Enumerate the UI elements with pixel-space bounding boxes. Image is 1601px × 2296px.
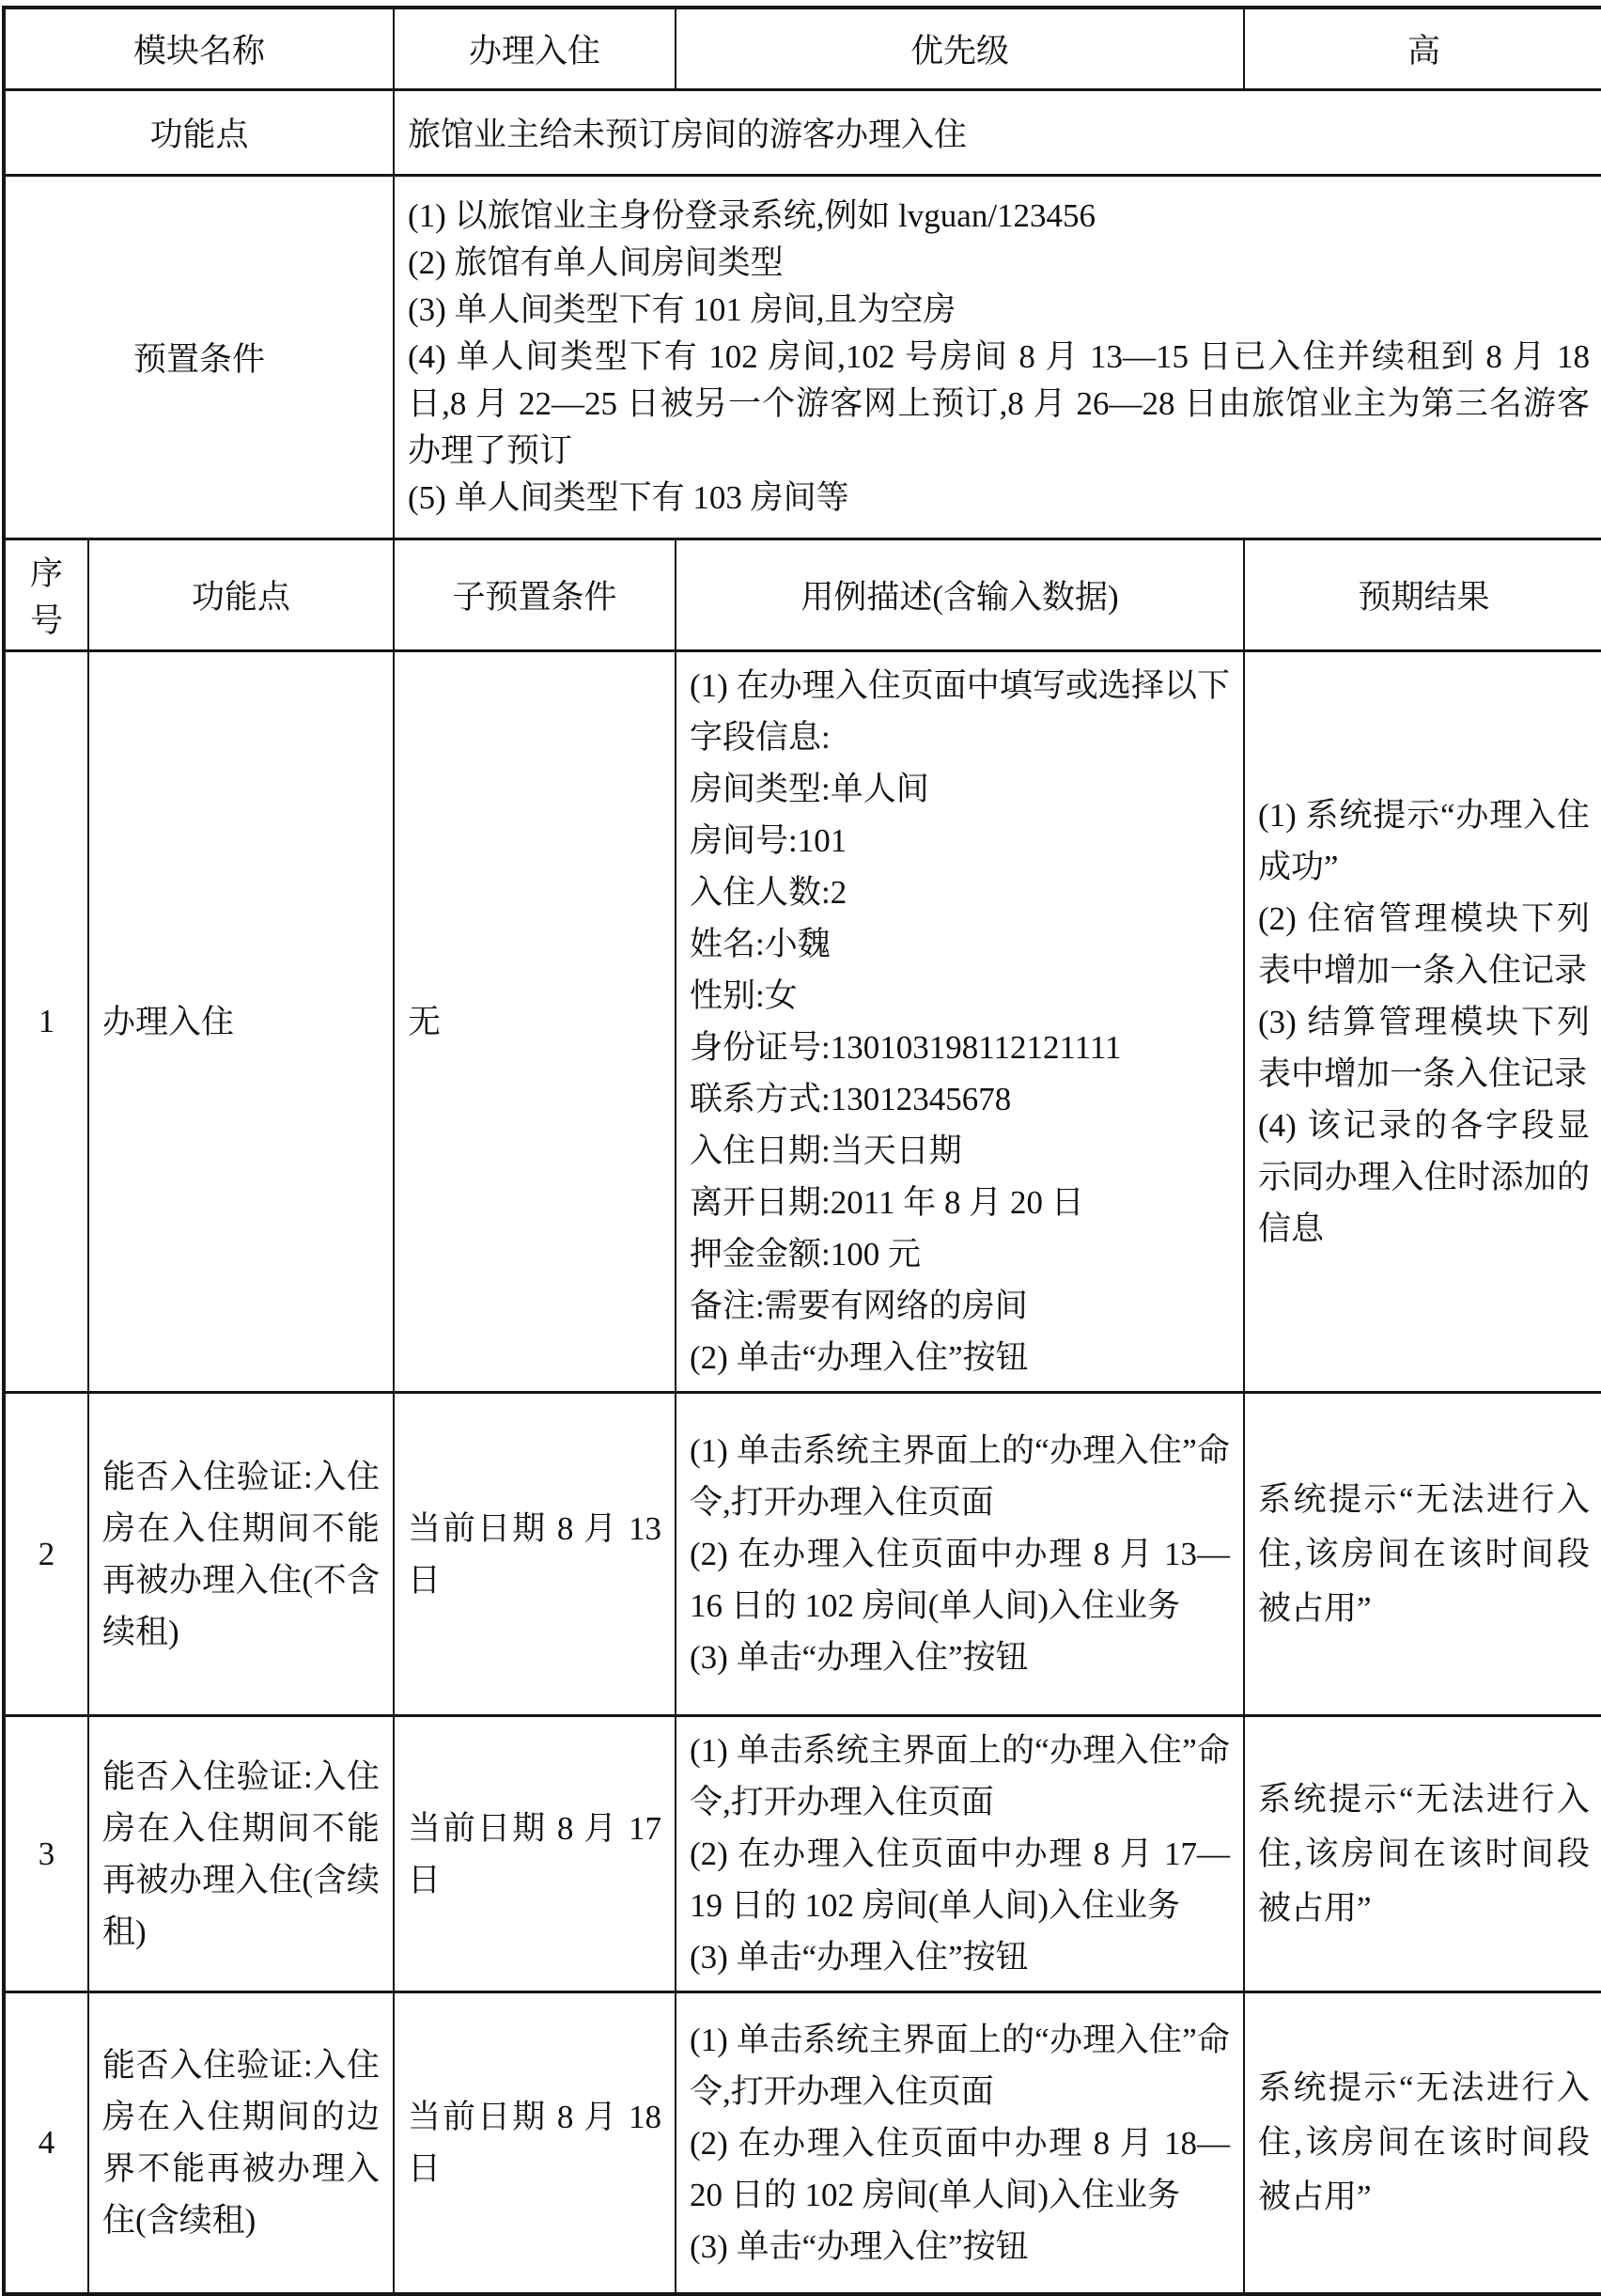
case-feature: 办理入住: [88, 651, 394, 1393]
text-line: (4) 该记录的各字段显示同办理入住时添加的信息: [1258, 1100, 1590, 1255]
text-line: (1) 系统提示“办理入住成功”: [1258, 789, 1590, 893]
text-line: (2) 单击“办理入住”按钮: [690, 1332, 1230, 1383]
text-line: (4) 单人间类型下有 102 房间,102 号房间 8 月 13—15 日已入…: [408, 334, 1590, 475]
text-line: (5) 单人间类型下有 103 房间等: [408, 475, 1590, 522]
text-line: (1) 单击系统主界面上的“办理入住”命令,打开办理入住页面: [690, 1725, 1230, 1828]
case-feature: 能否入住验证:入住房在入住期间的边界不能再被办理入住(含续租): [88, 1992, 394, 2295]
header-sub-precondition-cell: 子预置条件: [394, 539, 676, 651]
text-line: (3) 单击“办理入住”按钮: [690, 2221, 1230, 2273]
case-sub-precondition: 无: [394, 651, 676, 1393]
text-line: 离开日期:2011 年 8 月 20 日: [690, 1177, 1230, 1228]
text-line: 联系方式:13012345678: [690, 1073, 1230, 1125]
case-no: 2: [4, 1393, 88, 1716]
text-line: (1) 单击系统主界面上的“办理入住”命令,打开办理入住页面: [690, 2014, 1230, 2117]
case-description: (1) 单击系统主界面上的“办理入住”命令,打开办理入住页面(2) 在办理入住页…: [676, 1716, 1244, 1992]
text-line: 备注:需要有网络的房间: [690, 1280, 1230, 1332]
case-sub-precondition: 当前日期 8 月 17 日: [394, 1716, 676, 1992]
module-row: 模块名称 办理入住 优先级 高: [4, 8, 1601, 90]
header-description-cell: 用例描述(含输入数据): [676, 539, 1244, 651]
case-sub-precondition: 当前日期 8 月 18 日: [394, 1992, 676, 2295]
text-line: 身份证号:130103198112121111: [690, 1022, 1230, 1073]
table-row-case-1: 1 办理入住 无 (1) 在办理入住页面中填写或选择以下字段信息:房间类型:单人…: [4, 651, 1601, 1393]
header-no-cell: 序号: [4, 539, 88, 651]
case-feature: 能否入住验证:入住房在入住期间不能再被办理入住(含续租): [88, 1716, 394, 1992]
text-line: (3) 单击“办理入住”按钮: [690, 1931, 1230, 1983]
precondition-row: 预置条件 (1) 以旅馆业主身份登录系统,例如 lvguan/123456(2)…: [4, 176, 1601, 539]
priority-value-cell: 高: [1244, 8, 1601, 90]
precondition-value-cell: (1) 以旅馆业主身份登录系统,例如 lvguan/123456(2) 旅馆有单…: [394, 176, 1601, 539]
precondition-label-cell: 预置条件: [4, 176, 394, 539]
case-table-header-row: 序号 功能点 子预置条件 用例描述(含输入数据) 预期结果: [4, 539, 1601, 651]
feature-row: 功能点 旅馆业主给未预订房间的游客办理入住: [4, 90, 1601, 176]
text-line: 性别:女: [690, 970, 1230, 1022]
header-expected-cell: 预期结果: [1244, 539, 1601, 651]
test-case-table: 模块名称 办理入住 优先级 高 功能点 旅馆业主给未预订房间的游客办理入住 预置…: [2, 6, 1601, 2296]
case-no: 3: [4, 1716, 88, 1992]
text-line: (1) 单击系统主界面上的“办理入住”命令,打开办理入住页面: [690, 1425, 1230, 1528]
case-no: 1: [4, 651, 88, 1393]
text-line: 入住日期:当天日期: [690, 1125, 1230, 1177]
case-description: (1) 单击系统主界面上的“办理入住”命令,打开办理入住页面(2) 在办理入住页…: [676, 1393, 1244, 1716]
case-description: (1) 单击系统主界面上的“办理入住”命令,打开办理入住页面(2) 在办理入住页…: [676, 1992, 1244, 2295]
case-feature: 能否入住验证:入住房在入住期间不能再被办理入住(不含续租): [88, 1393, 394, 1716]
text-line: (2) 在办理入住页面中办理 8 月 17—19 日的 102 房间(单人间)入…: [690, 1828, 1230, 1931]
case-expected-result: (1) 系统提示“办理入住成功”(2) 住宿管理模块下列表中增加一条入住记录(3…: [1244, 651, 1601, 1393]
text-line: (2) 在办理入住页面中办理 8 月 18—20 日的 102 房间(单人间)入…: [690, 2117, 1230, 2221]
header-feature-cell: 功能点: [88, 539, 394, 651]
text-line: 入住人数:2: [690, 867, 1230, 918]
text-line: (3) 结算管理模块下列表中增加一条入住记录: [1258, 996, 1590, 1100]
text-line: (1) 以旅馆业主身份登录系统,例如 lvguan/123456: [408, 193, 1590, 240]
text-line: (2) 旅馆有单人间房间类型: [408, 240, 1590, 287]
document-page: 模块名称 办理入住 优先级 高 功能点 旅馆业主给未预订房间的游客办理入住 预置…: [0, 0, 1601, 2088]
case-description: (1) 在办理入住页面中填写或选择以下字段信息:房间类型:单人间房间号:101入…: [676, 651, 1244, 1393]
table-row-case-2: 2 能否入住验证:入住房在入住期间不能再被办理入住(不含续租) 当前日期 8 月…: [4, 1393, 1601, 1716]
case-expected-result: 系统提示“无法进行入住,该房间在该时间段被占用”: [1244, 1992, 1601, 2295]
priority-label-cell: 优先级: [676, 8, 1244, 90]
text-line: (3) 单击“办理入住”按钮: [690, 1632, 1230, 1683]
text-line: (2) 住宿管理模块下列表中增加一条入住记录: [1258, 893, 1590, 996]
case-expected-result: 系统提示“无法进行入住,该房间在该时间段被占用”: [1244, 1393, 1601, 1716]
text-line: (1) 在办理入住页面中填写或选择以下字段信息:: [690, 660, 1230, 763]
text-line: (2) 在办理入住页面中办理 8 月 13—16 日的 102 房间(单人间)入…: [690, 1528, 1230, 1632]
feature-value-cell: 旅馆业主给未预订房间的游客办理入住: [394, 90, 1601, 176]
text-line: 房间类型:单人间: [690, 763, 1230, 815]
text-line: 房间号:101: [690, 815, 1230, 867]
text-line: (3) 单人间类型下有 101 房间,且为空房: [408, 287, 1590, 334]
module-label-cell: 模块名称: [4, 8, 394, 90]
case-expected-result: 系统提示“无法进行入住,该房间在该时间段被占用”: [1244, 1716, 1601, 1992]
text-line: 押金金额:100 元: [690, 1228, 1230, 1280]
table-row-case-4: 4 能否入住验证:入住房在入住期间的边界不能再被办理入住(含续租) 当前日期 8…: [4, 1992, 1601, 2295]
module-value-cell: 办理入住: [394, 8, 676, 90]
text-line: 姓名:小魏: [690, 918, 1230, 970]
table-row-case-3: 3 能否入住验证:入住房在入住期间不能再被办理入住(含续租) 当前日期 8 月 …: [4, 1716, 1601, 1992]
case-sub-precondition: 当前日期 8 月 13 日: [394, 1393, 676, 1716]
case-no: 4: [4, 1992, 88, 2295]
feature-label-cell: 功能点: [4, 90, 394, 176]
